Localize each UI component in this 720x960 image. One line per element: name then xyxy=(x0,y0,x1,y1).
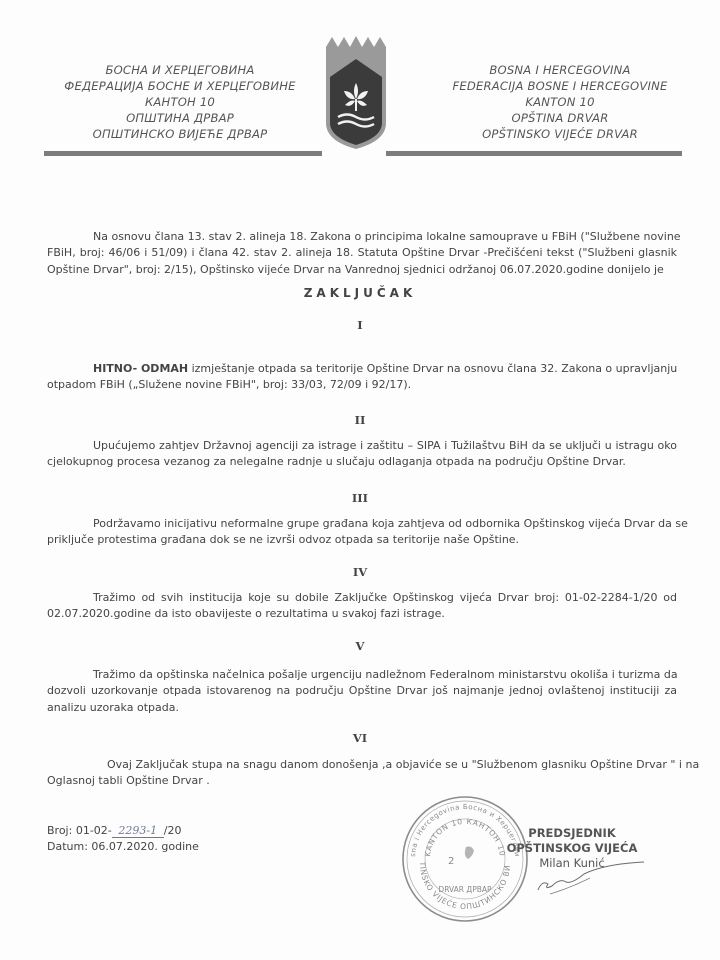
header-line: OPŠTINA DRVAR xyxy=(420,110,700,126)
header-line: ФЕДЕРАЦИЈА БОСНЕ И ХЕРЦЕГОВИНЕ xyxy=(40,78,320,94)
preamble-paragraph: Na osnovu člana 13. stav 2. alineja 18. … xyxy=(47,229,677,278)
svg-text:2: 2 xyxy=(448,856,454,867)
header-line: ОПШТИНА ДРВАР xyxy=(40,110,320,126)
header-divider xyxy=(44,151,322,156)
header-divider xyxy=(386,151,682,156)
header-line: BOSNA I HERCEGOVINA xyxy=(420,62,700,78)
section-numeral: II xyxy=(0,413,720,427)
section-numeral: V xyxy=(0,639,720,653)
municipal-coat-of-arms-icon xyxy=(320,33,392,151)
header-line: КАНТОН 10 xyxy=(40,94,320,110)
section-paragraph: Tražimo da opštinska načelnica pošalje u… xyxy=(47,667,677,716)
document-title: ZAKLJUČAK xyxy=(0,286,720,300)
header-cyrillic: БОСНА И ХЕРЦЕГОВИНА ФЕДЕРАЦИЈА БОСНЕ И Х… xyxy=(40,62,320,142)
header-line: OPŠTINSKO VIJEĆE DRVAR xyxy=(420,126,700,142)
handwritten-number: 2293-1 xyxy=(112,825,164,838)
document-page: БОСНА И ХЕРЦЕГОВИНА ФЕДЕРАЦИЈА БОСНЕ И Х… xyxy=(0,0,720,960)
reference-number: Broj: 01-02-2293-1/20 xyxy=(47,823,199,839)
signatory-title: PREDSJEDNIK xyxy=(492,826,652,841)
section-paragraph: Upućujemo zahtjev Državnoj agenciji za i… xyxy=(47,438,677,471)
section-numeral: VI xyxy=(0,731,720,745)
handwritten-signature-icon xyxy=(530,860,650,900)
section-paragraph: Ovaj Zaključak stupa na snagu danom dono… xyxy=(47,757,677,790)
section-numeral: IV xyxy=(0,565,720,579)
section-numeral: III xyxy=(0,491,720,505)
reference-block: Broj: 01-02-2293-1/20 Datum: 06.07.2020.… xyxy=(47,823,199,855)
reference-date: Datum: 06.07.2020. godine xyxy=(47,839,199,855)
header-line: KANTON 10 xyxy=(420,94,700,110)
svg-text:DRVAR ДРВАР: DRVAR ДРВАР xyxy=(438,885,492,894)
header-latin: BOSNA I HERCEGOVINA FEDERACIJA BOSNE I H… xyxy=(420,62,700,142)
section-numeral: I xyxy=(0,318,720,332)
header-line: ОПШТИНСКО ВИЈЕЋЕ ДРВАР xyxy=(40,126,320,142)
section-paragraph: HITNO- ODMAH izmještanje otpada sa terit… xyxy=(47,361,677,394)
section-paragraph: Podržavamo inicijativu neformalne grupe … xyxy=(47,516,677,549)
header-line: FEDERACIJA BOSNE I HERCEGOVINE xyxy=(420,78,700,94)
signatory-title: OPŠTINSKOG VIJEĆA xyxy=(492,841,652,856)
header-line: БОСНА И ХЕРЦЕГОВИНА xyxy=(40,62,320,78)
section-paragraph: Tražimo od svih institucija koje su dobi… xyxy=(47,590,677,623)
